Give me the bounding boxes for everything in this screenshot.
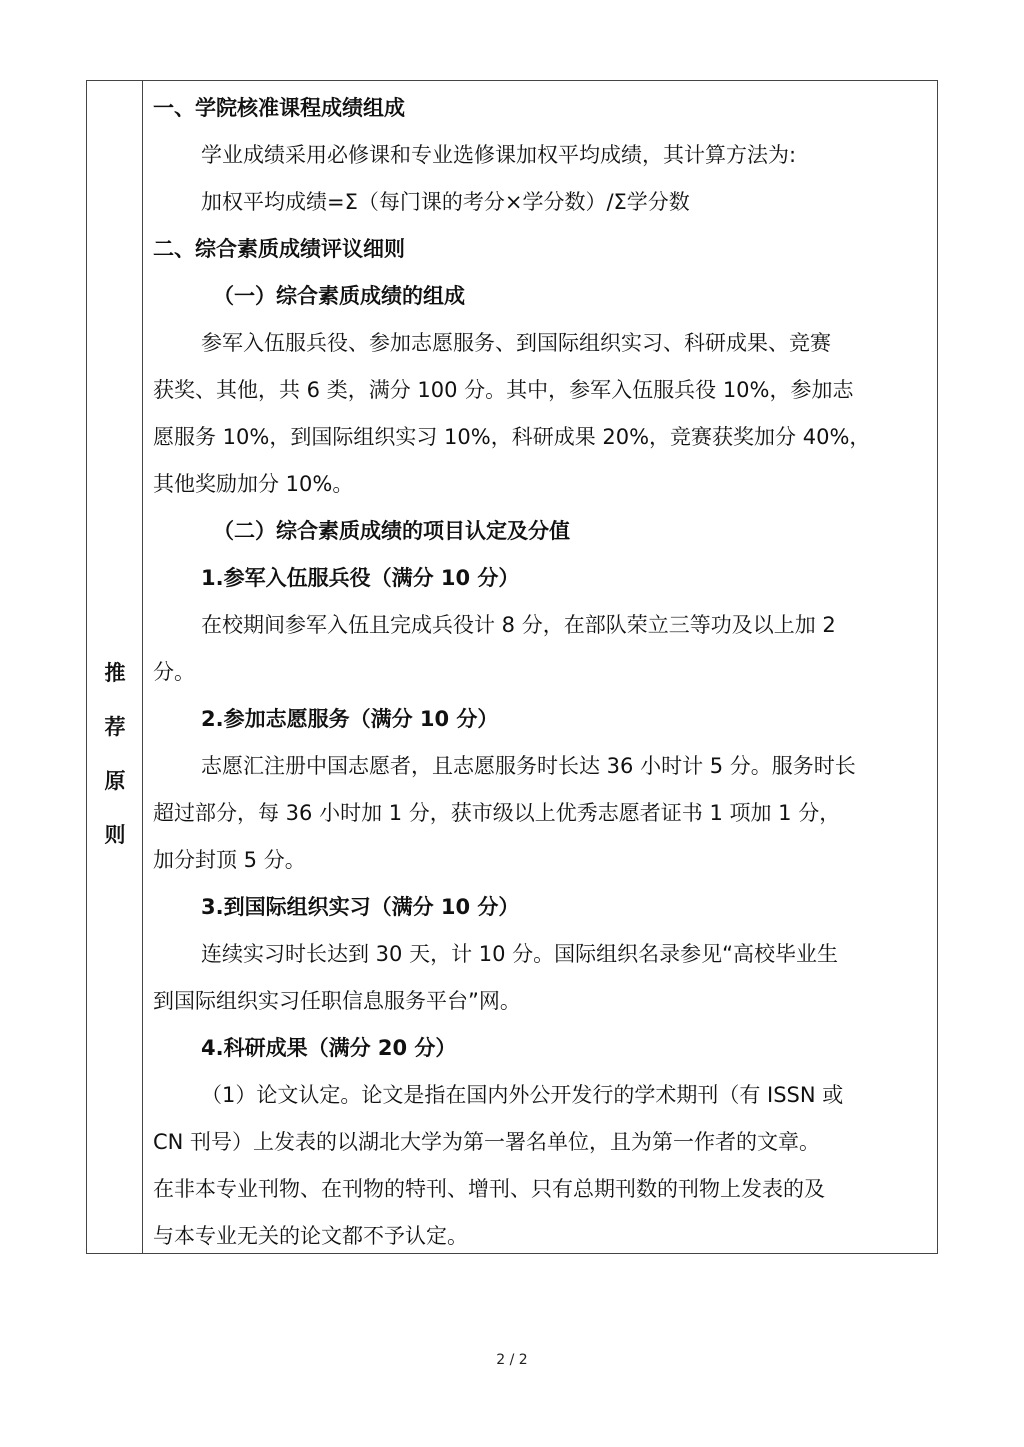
paragraph-line: 加分封顶 5 分。 — [153, 837, 927, 884]
paragraph-line: 其他奖励加分 10%。 — [153, 461, 927, 508]
section-heading: 3.到国际组织实习（满分 10 分） — [153, 884, 927, 931]
paragraph-line: 在非本专业刊物、在刊物的特刊、增刊、只有总期刊数的刊物上发表的及 — [153, 1166, 927, 1213]
label-char: 荐 — [87, 700, 143, 754]
page-number: 2 / 2 — [0, 1352, 1024, 1368]
paragraph-line: 超过部分，每 36 小时加 1 分，获市级以上优秀志愿者证书 1 项加 1 分， — [153, 790, 927, 837]
section-heading: 2.参加志愿服务（满分 10 分） — [153, 696, 927, 743]
paragraph-line: CN 刊号）上发表的以湖北大学为第一署名单位，且为第一作者的文章。 — [153, 1119, 927, 1166]
rules-content: 一、学院核准课程成绩组成学业成绩采用必修课和专业选修课加权平均成绩，其计算方法为… — [143, 81, 937, 1253]
paragraph-line: 到国际组织实习任职信息服务平台”网。 — [153, 978, 927, 1025]
section-heading: 一、学院核准课程成绩组成 — [153, 85, 927, 132]
section-heading: （一）综合素质成绩的组成 — [153, 273, 927, 320]
row-label-cell: 推 荐 原 则 — [87, 81, 143, 1253]
label-char: 则 — [87, 808, 143, 862]
paragraph-line: 分。 — [153, 649, 927, 696]
row-label: 推 荐 原 则 — [87, 646, 143, 862]
label-char: 原 — [87, 754, 143, 808]
section-heading: 4.科研成果（满分 20 分） — [153, 1025, 927, 1072]
paragraph-line: 加权平均成绩=Σ（每门课的考分×学分数）/Σ学分数 — [153, 179, 927, 226]
paragraph-line: 志愿汇注册中国志愿者，且志愿服务时长达 36 小时计 5 分。服务时长 — [153, 743, 927, 790]
paragraph-line: 在校期间参军入伍且完成兵役计 8 分，在部队荣立三等功及以上加 2 — [153, 602, 927, 649]
rules-table: 推 荐 原 则 一、学院核准课程成绩组成学业成绩采用必修课和专业选修课加权平均成… — [86, 80, 938, 1254]
section-heading: 1.参军入伍服兵役（满分 10 分） — [153, 555, 927, 602]
label-char: 推 — [87, 646, 143, 700]
paragraph-line: 与本专业无关的论文都不予认定。 — [153, 1213, 927, 1260]
paragraph-line: 参军入伍服兵役、参加志愿服务、到国际组织实习、科研成果、竞赛 — [153, 320, 927, 367]
section-heading: （二）综合素质成绩的项目认定及分值 — [153, 508, 927, 555]
paragraph-line: 学业成绩采用必修课和专业选修课加权平均成绩，其计算方法为: — [153, 132, 927, 179]
paragraph-line: 获奖、其他，共 6 类，满分 100 分。其中，参军入伍服兵役 10%，参加志 — [153, 367, 927, 414]
section-heading: 二、综合素质成绩评议细则 — [153, 226, 927, 273]
paragraph-line: 连续实习时长达到 30 天，计 10 分。国际组织名录参见“高校毕业生 — [153, 931, 927, 978]
paragraph-line: （1）论文认定。论文是指在国内外公开发行的学术期刊（有 ISSN 或 — [153, 1072, 927, 1119]
paragraph-line: 愿服务 10%，到国际组织实习 10%，科研成果 20%，竞赛获奖加分 40%， — [153, 414, 927, 461]
